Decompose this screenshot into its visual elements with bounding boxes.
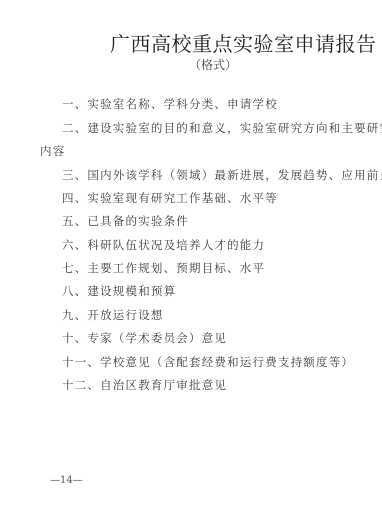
list-item-continuation: 内容 bbox=[40, 143, 65, 159]
list-item: 一、实验室名称、学科分类、申请学校 bbox=[62, 96, 278, 112]
list-item: 五、已具备的实验条件 bbox=[62, 213, 189, 229]
list-item: 二、建设实验室的目的和意义，实验室研究方向和主要研究 bbox=[62, 120, 382, 136]
list-item: 九、开放运行设想 bbox=[62, 307, 164, 323]
page-number: —14— bbox=[50, 475, 83, 486]
list-item: 三、国内外该学科（领域）最新进展，发展趋势、应用前景 bbox=[62, 167, 382, 183]
list-item: 十二、自治区教育厅审批意见 bbox=[62, 377, 227, 393]
list-item: 六、科研队伍状况及培养人才的能力 bbox=[62, 237, 265, 253]
list-item: 十一、学校意见（含配套经费和运行费支持额度等） bbox=[62, 354, 354, 370]
list-item: 十、专家（学术委员会）意见 bbox=[62, 330, 227, 346]
document-title: 广西高校重点实验室申请报告 bbox=[110, 28, 377, 57]
list-item: 八、建设规模和预算 bbox=[62, 283, 176, 299]
document-subtitle: （格式） bbox=[189, 56, 237, 73]
list-item: 四、实验室现有研究工作基础、水平等 bbox=[62, 190, 278, 206]
list-item: 七、主要工作规划、预期目标、水平 bbox=[62, 260, 265, 276]
